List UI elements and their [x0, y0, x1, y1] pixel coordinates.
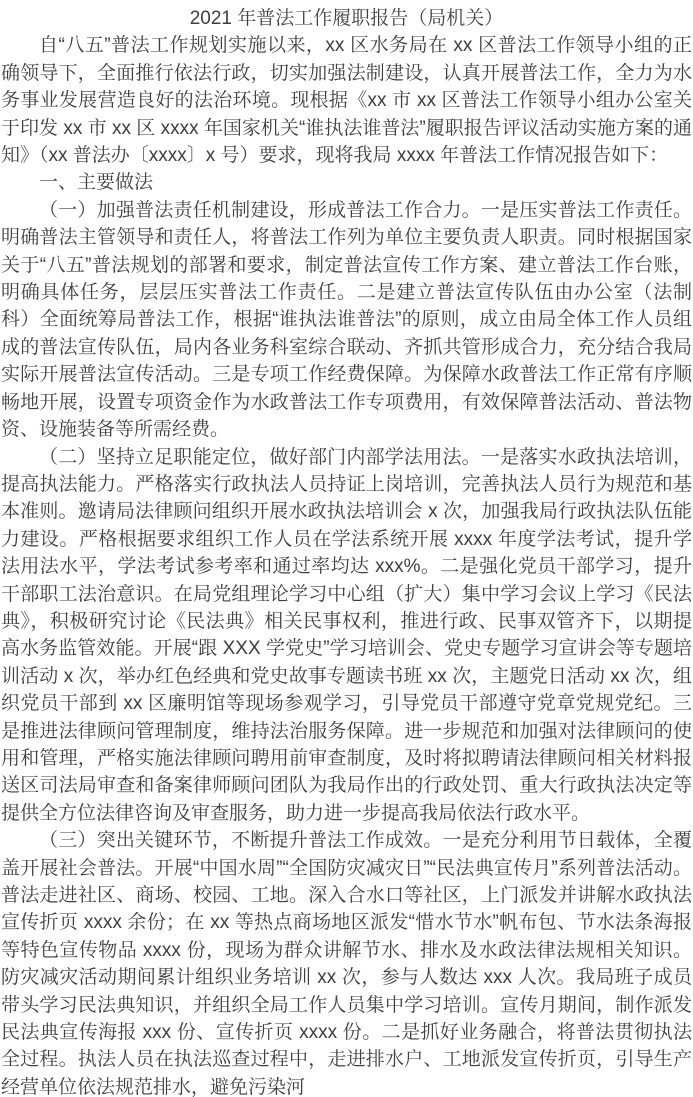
- document-page: 2021 年普法工作履职报告（局机关） 自“八五”普法工作规划实施以来，xx 区…: [0, 0, 693, 1097]
- paragraph-key-links-effectiveness: （三）突出关键环节，不断提升普法工作成效。一是充分利用节日载体，全覆盖开展社会普…: [1, 827, 692, 1097]
- paragraph-internal-law-study: （二）坚持立足职能定位，做好部门内部学法用法。一是落实水政执法培训，提高执法能力…: [1, 444, 692, 828]
- intro-paragraph: 自“八五”普法工作规划实施以来，xx 区水务局在 xx 区普法工作领导小组的正确…: [1, 32, 692, 169]
- section-heading-main-practices: 一、主要做法: [1, 169, 692, 196]
- paragraph-responsibility-mechanism: （一）加强普法责任机制建设，形成普法工作合力。一是压实普法工作责任。明确普法主管…: [1, 197, 692, 444]
- report-title: 2021 年普法工作履职报告（局机关）: [1, 5, 692, 32]
